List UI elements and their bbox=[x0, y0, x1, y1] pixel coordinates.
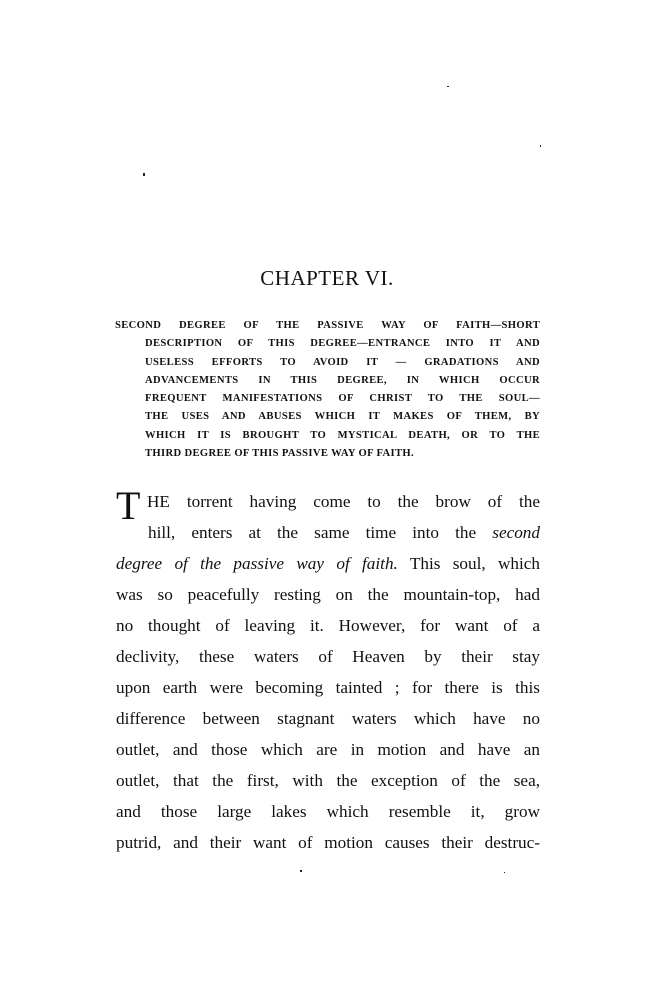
body-line: difference between stagnant waters which… bbox=[116, 703, 540, 734]
scan-speck bbox=[540, 145, 541, 147]
body-line-plain: hill, enters at the same time into the bbox=[148, 523, 492, 542]
body-line: degree of the passive way of faith. This… bbox=[116, 548, 540, 579]
summary-line: THE USES AND ABUSES WHICH IT MAKES OF TH… bbox=[145, 408, 540, 426]
body-line: putrid, and their want of motion causes … bbox=[116, 827, 540, 858]
body-text: T HE torrent having come to the brow of … bbox=[116, 486, 540, 858]
body-line: HE torrent having come to the brow of th… bbox=[147, 486, 540, 517]
scan-speck bbox=[300, 870, 302, 872]
scan-speck bbox=[504, 872, 505, 873]
body-line: outlet, that the first, with the excepti… bbox=[116, 765, 540, 796]
body-line: and those large lakes which resemble it,… bbox=[116, 796, 540, 827]
body-line: declivity, these waters of Heaven by the… bbox=[116, 641, 540, 672]
body-line-italic: second bbox=[492, 523, 540, 542]
chapter-summary: SECOND DEGREE OF THE PASSIVE WAY OF FAIT… bbox=[115, 317, 540, 463]
summary-line: SECOND DEGREE OF THE PASSIVE WAY OF FAIT… bbox=[115, 317, 540, 335]
first-line: T HE torrent having come to the brow of … bbox=[116, 486, 540, 517]
body-line-italic: degree of the passive way of faith. bbox=[116, 554, 398, 573]
body-line-plain: This soul, which bbox=[398, 554, 540, 573]
drop-cap: T bbox=[116, 486, 140, 526]
body-line: no thought of leaving it. However, for w… bbox=[116, 610, 540, 641]
body-line: was so peacefully resting on the mountai… bbox=[116, 579, 540, 610]
summary-line: FREQUENT MANIFESTATIONS OF CHRIST TO THE… bbox=[145, 390, 540, 408]
summary-line: DESCRIPTION OF THIS DEGREE—ENTRANCE INTO… bbox=[145, 335, 540, 353]
summary-line: WHICH IT IS BROUGHT TO MYSTICAL DEATH, O… bbox=[145, 427, 540, 445]
scan-speck bbox=[447, 86, 449, 87]
summary-line: ADVANCEMENTS IN THIS DEGREE, IN WHICH OC… bbox=[145, 372, 540, 390]
chapter-title: CHAPTER VI. bbox=[0, 266, 654, 291]
summary-line: USELESS EFFORTS TO AVOID IT — GRADATIONS… bbox=[145, 354, 540, 372]
body-line: upon earth were becoming tainted ; for t… bbox=[116, 672, 540, 703]
scan-speck bbox=[143, 173, 145, 176]
summary-line: THIRD DEGREE OF THIS PASSIVE WAY OF FAIT… bbox=[145, 445, 540, 463]
body-line: hill, enters at the same time into the s… bbox=[148, 517, 540, 548]
body-line: outlet, and those which are in motion an… bbox=[116, 734, 540, 765]
